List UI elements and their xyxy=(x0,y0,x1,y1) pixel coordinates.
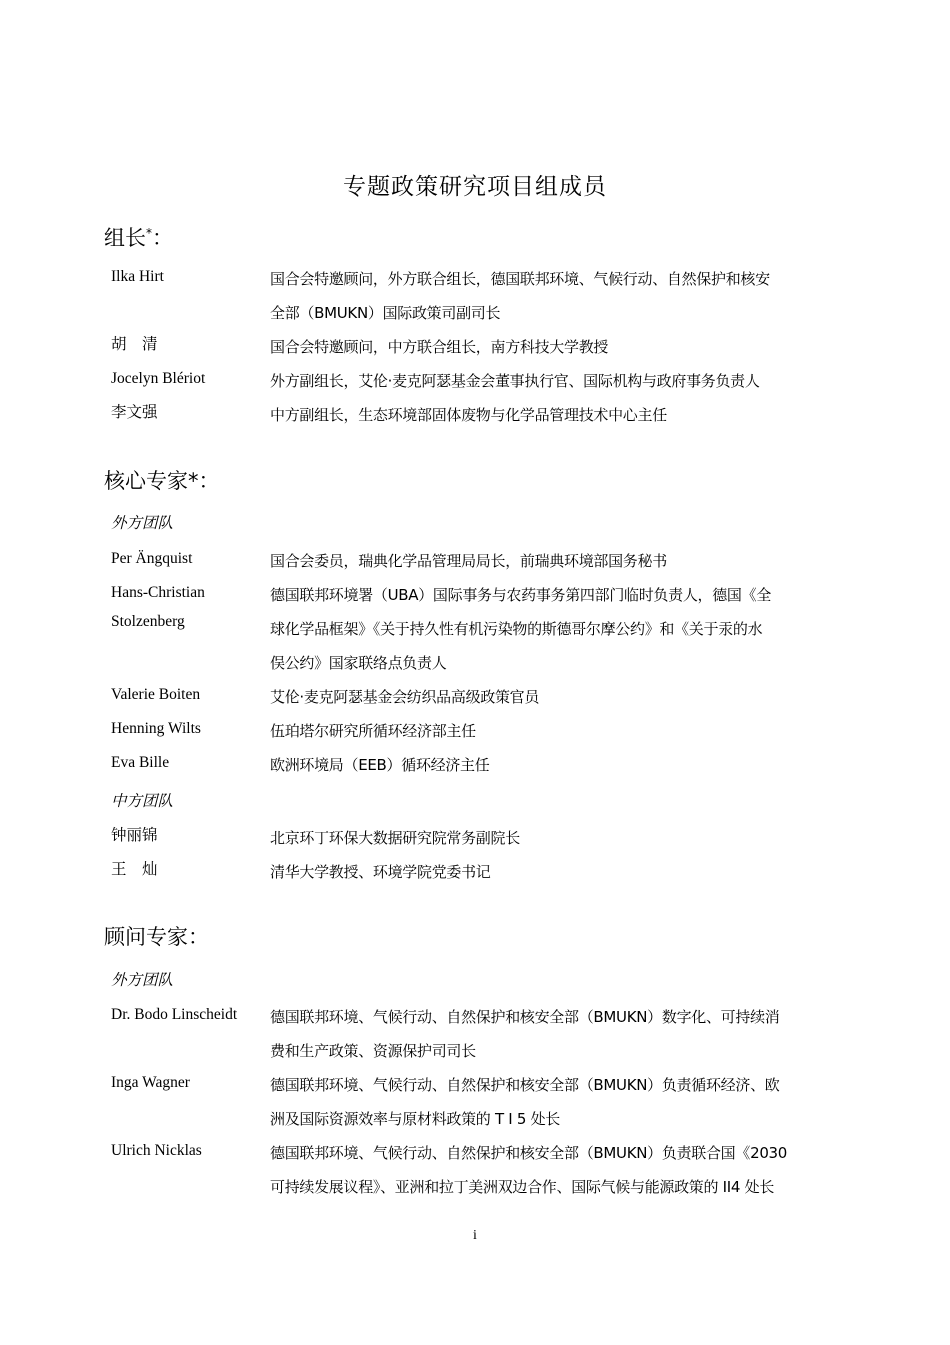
member-name: 钟丽锦 xyxy=(111,821,266,850)
team-label-chinese: 中方团队 xyxy=(111,789,173,811)
member-name: Eva Bille xyxy=(111,748,266,777)
member-name: Dr. Bodo Linscheidt xyxy=(111,1000,266,1029)
page-title: 专题政策研究项目组成员 xyxy=(0,168,950,201)
desc-line: 德国联邦环境署（UBA）国际事务与农药事务第四部门临时负责人，德国《全 xyxy=(270,578,855,612)
member-description: 外方副组长，艾伦·麦克阿瑟基金会董事执行官、国际机构与政府事务负责人 xyxy=(270,364,855,398)
team-label-foreign: 外方团队 xyxy=(111,511,173,533)
desc-line: 中方副组长，生态环境部固体废物与化学品管理技术中心主任 xyxy=(270,398,855,432)
desc-line: 欧洲环境局（EEB）循环经济主任 xyxy=(270,748,855,782)
member-name: Valerie Boiten xyxy=(111,680,266,709)
member-name: Inga Wagner xyxy=(111,1068,266,1097)
section-heading-text: 核心专家* xyxy=(104,469,199,493)
member-name: Hans-Christian Stolzenberg xyxy=(111,578,266,636)
desc-line: 德国联邦环境、气候行动、自然保护和核安全部（BMUKN）负责循环经济、欧 xyxy=(270,1068,855,1102)
desc-line: 费和生产政策、资源保护司司长 xyxy=(270,1034,855,1068)
member-name: 胡 清 xyxy=(111,330,266,359)
member-description: 德国联邦环境、气候行动、自然保护和核安全部（BMUKN）负责循环经济、欧 洲及国… xyxy=(270,1068,855,1136)
desc-line: 清华大学教授、环境学院党委书记 xyxy=(270,855,855,889)
section-heading-leaders: 组长*： xyxy=(104,222,173,252)
member-description: 北京环丁环保大数据研究院常务副院长 xyxy=(270,821,855,855)
desc-line: 伍珀塔尔研究所循环经济部主任 xyxy=(270,714,855,748)
desc-line: 俣公约》国家联络点负责人 xyxy=(270,646,855,680)
member-description: 欧洲环境局（EEB）循环经济主任 xyxy=(270,748,855,782)
member-name: 李文强 xyxy=(111,398,266,427)
member-name: Ilka Hirt xyxy=(111,262,266,291)
desc-line: 国合会委员，瑞典化学品管理局局长，前瑞典环境部国务秘书 xyxy=(270,544,855,578)
desc-line: 洲及国际资源效率与原材料政策的 T I 5 处长 xyxy=(270,1102,855,1136)
desc-line: 北京环丁环保大数据研究院常务副院长 xyxy=(270,821,855,855)
heading-colon: ： xyxy=(199,469,220,493)
member-description: 德国联邦环境、气候行动、自然保护和核安全部（BMUKN）数字化、可持续消 费和生… xyxy=(270,1000,855,1068)
desc-line: 球化学品框架》《关于持久性有机污染物的斯德哥尔摩公约》和《关于汞的水 xyxy=(270,612,855,646)
member-name: Per Ängquist xyxy=(111,544,266,573)
member-name: Ulrich Nicklas xyxy=(111,1136,266,1165)
member-description: 德国联邦环境署（UBA）国际事务与农药事务第四部门临时负责人，德国《全 球化学品… xyxy=(270,578,855,680)
name-line: Hans-Christian xyxy=(111,578,266,607)
member-description: 清华大学教授、环境学院党委书记 xyxy=(270,855,855,889)
member-name: Jocelyn Blériot xyxy=(111,364,266,393)
desc-line: 德国联邦环境、气候行动、自然保护和核安全部（BMUKN）负责联合国《2030 xyxy=(270,1136,855,1170)
page-number: i xyxy=(0,1228,950,1244)
name-line: Stolzenberg xyxy=(111,607,266,636)
desc-line: 德国联邦环境、气候行动、自然保护和核安全部（BMUKN）数字化、可持续消 xyxy=(270,1000,855,1034)
document-page: 专题政策研究项目组成员 组长*： Ilka Hirt 国合会特邀顾问，外方联合组… xyxy=(0,0,950,1345)
member-description: 国合会特邀顾问，外方联合组长，德国联邦环境、气候行动、自然保护和核安 全部（BM… xyxy=(270,262,855,330)
section-heading-text: 组长 xyxy=(104,226,146,250)
desc-line: 国合会特邀顾问，中方联合组长，南方科技大学教授 xyxy=(270,330,855,364)
desc-line: 艾伦·麦克阿瑟基金会纺织品高级政策官员 xyxy=(270,680,855,714)
member-description: 伍珀塔尔研究所循环经济部主任 xyxy=(270,714,855,748)
member-description: 德国联邦环境、气候行动、自然保护和核安全部（BMUKN）负责联合国《2030 可… xyxy=(270,1136,855,1204)
desc-line: 可持续发展议程》、亚洲和拉丁美洲双边合作、国际气候与能源政策的 II4 处长 xyxy=(270,1170,855,1204)
member-description: 国合会委员，瑞典化学品管理局局长，前瑞典环境部国务秘书 xyxy=(270,544,855,578)
desc-line: 外方副组长，艾伦·麦克阿瑟基金会董事执行官、国际机构与政府事务负责人 xyxy=(270,364,855,398)
desc-line: 国合会特邀顾问，外方联合组长，德国联邦环境、气候行动、自然保护和核安 xyxy=(270,262,855,296)
member-description: 艾伦·麦克阿瑟基金会纺织品高级政策官员 xyxy=(270,680,855,714)
member-name: 王 灿 xyxy=(111,855,266,884)
heading-colon: ： xyxy=(152,226,173,250)
section-heading-advisors: 顾问专家： xyxy=(104,921,209,951)
section-heading-text: 顾问专家 xyxy=(104,925,188,949)
heading-colon: ： xyxy=(188,925,209,949)
member-description: 中方副组长，生态环境部固体废物与化学品管理技术中心主任 xyxy=(270,398,855,432)
team-label-foreign: 外方团队 xyxy=(111,968,173,990)
desc-line: 全部（BMUKN）国际政策司副司长 xyxy=(270,296,855,330)
member-description: 国合会特邀顾问，中方联合组长，南方科技大学教授 xyxy=(270,330,855,364)
member-name: Henning Wilts xyxy=(111,714,266,743)
section-heading-core-experts: 核心专家*： xyxy=(104,465,220,495)
